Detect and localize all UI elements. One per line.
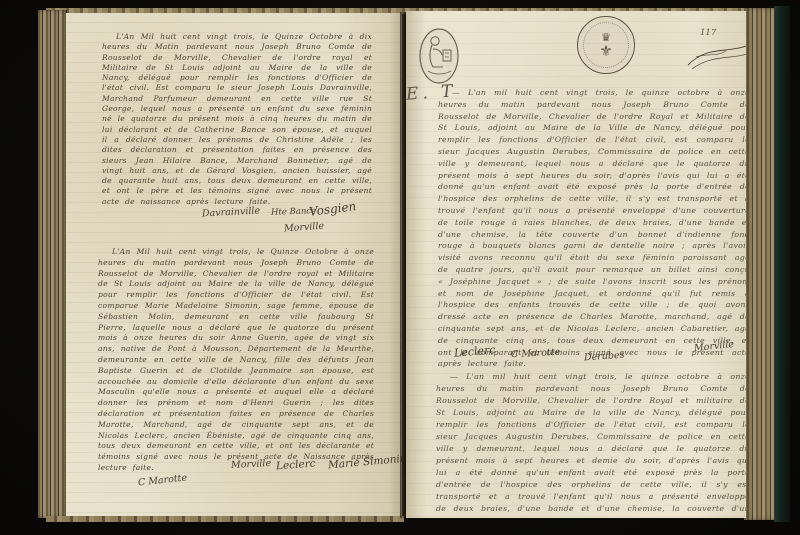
crown-icon: ♛ — [601, 32, 611, 43]
birth-act-davrainville-text: L'An Mil huit cent vingt trois, le Quinz… — [102, 32, 372, 207]
page-number: 117 — [700, 28, 716, 38]
signature: Morville — [694, 339, 735, 354]
ink-flourish-paraph — [686, 33, 746, 71]
signature: Morville — [231, 458, 272, 471]
signature: Derubes — [584, 350, 625, 364]
signature: Leclerc — [454, 343, 496, 360]
birth-act-guerin-text: L'An Mil huit cent vingt trois, le Quinz… — [98, 247, 374, 474]
seated-figure-vignette-stamp — [418, 27, 460, 89]
right-page-block-edge — [744, 8, 776, 520]
right-page: E. T ♛ ⚜ 117 — L'an mil huit cent vingt … — [406, 11, 746, 518]
signature: Davrainville — [202, 205, 261, 219]
vignette-figure-icon — [418, 27, 460, 85]
signature: Leclerc — [276, 458, 316, 473]
signature: Morville — [284, 221, 325, 235]
signature: Hte Bance — [271, 206, 316, 218]
scanned-register-photo: L'An Mil huit cent vingt trois, le Quinz… — [0, 0, 800, 535]
signature: Marie Simonin — [328, 453, 402, 472]
left-page: L'An Mil huit cent vingt trois, le Quinz… — [66, 13, 402, 516]
book-cover-edge — [774, 6, 790, 522]
signature: C Marotte — [511, 347, 561, 361]
signature: Vosgien — [308, 199, 357, 219]
signature: C Marotte — [138, 472, 188, 488]
foundling-act-josephine-jacquet-text: — L'an mil huit cent vingt trois, le qui… — [438, 87, 746, 370]
bottom-page-edges — [46, 516, 404, 522]
crowned-seal-stamp: ♛ ⚜ — [577, 16, 635, 74]
left-page-block-edge — [38, 10, 68, 518]
monogram-icon: ⚜ — [599, 43, 612, 59]
margin-initials: E. T — [406, 81, 457, 104]
second-foundling-act-text: — L'an mil huit cent vingt trois, le qui… — [436, 371, 746, 516]
